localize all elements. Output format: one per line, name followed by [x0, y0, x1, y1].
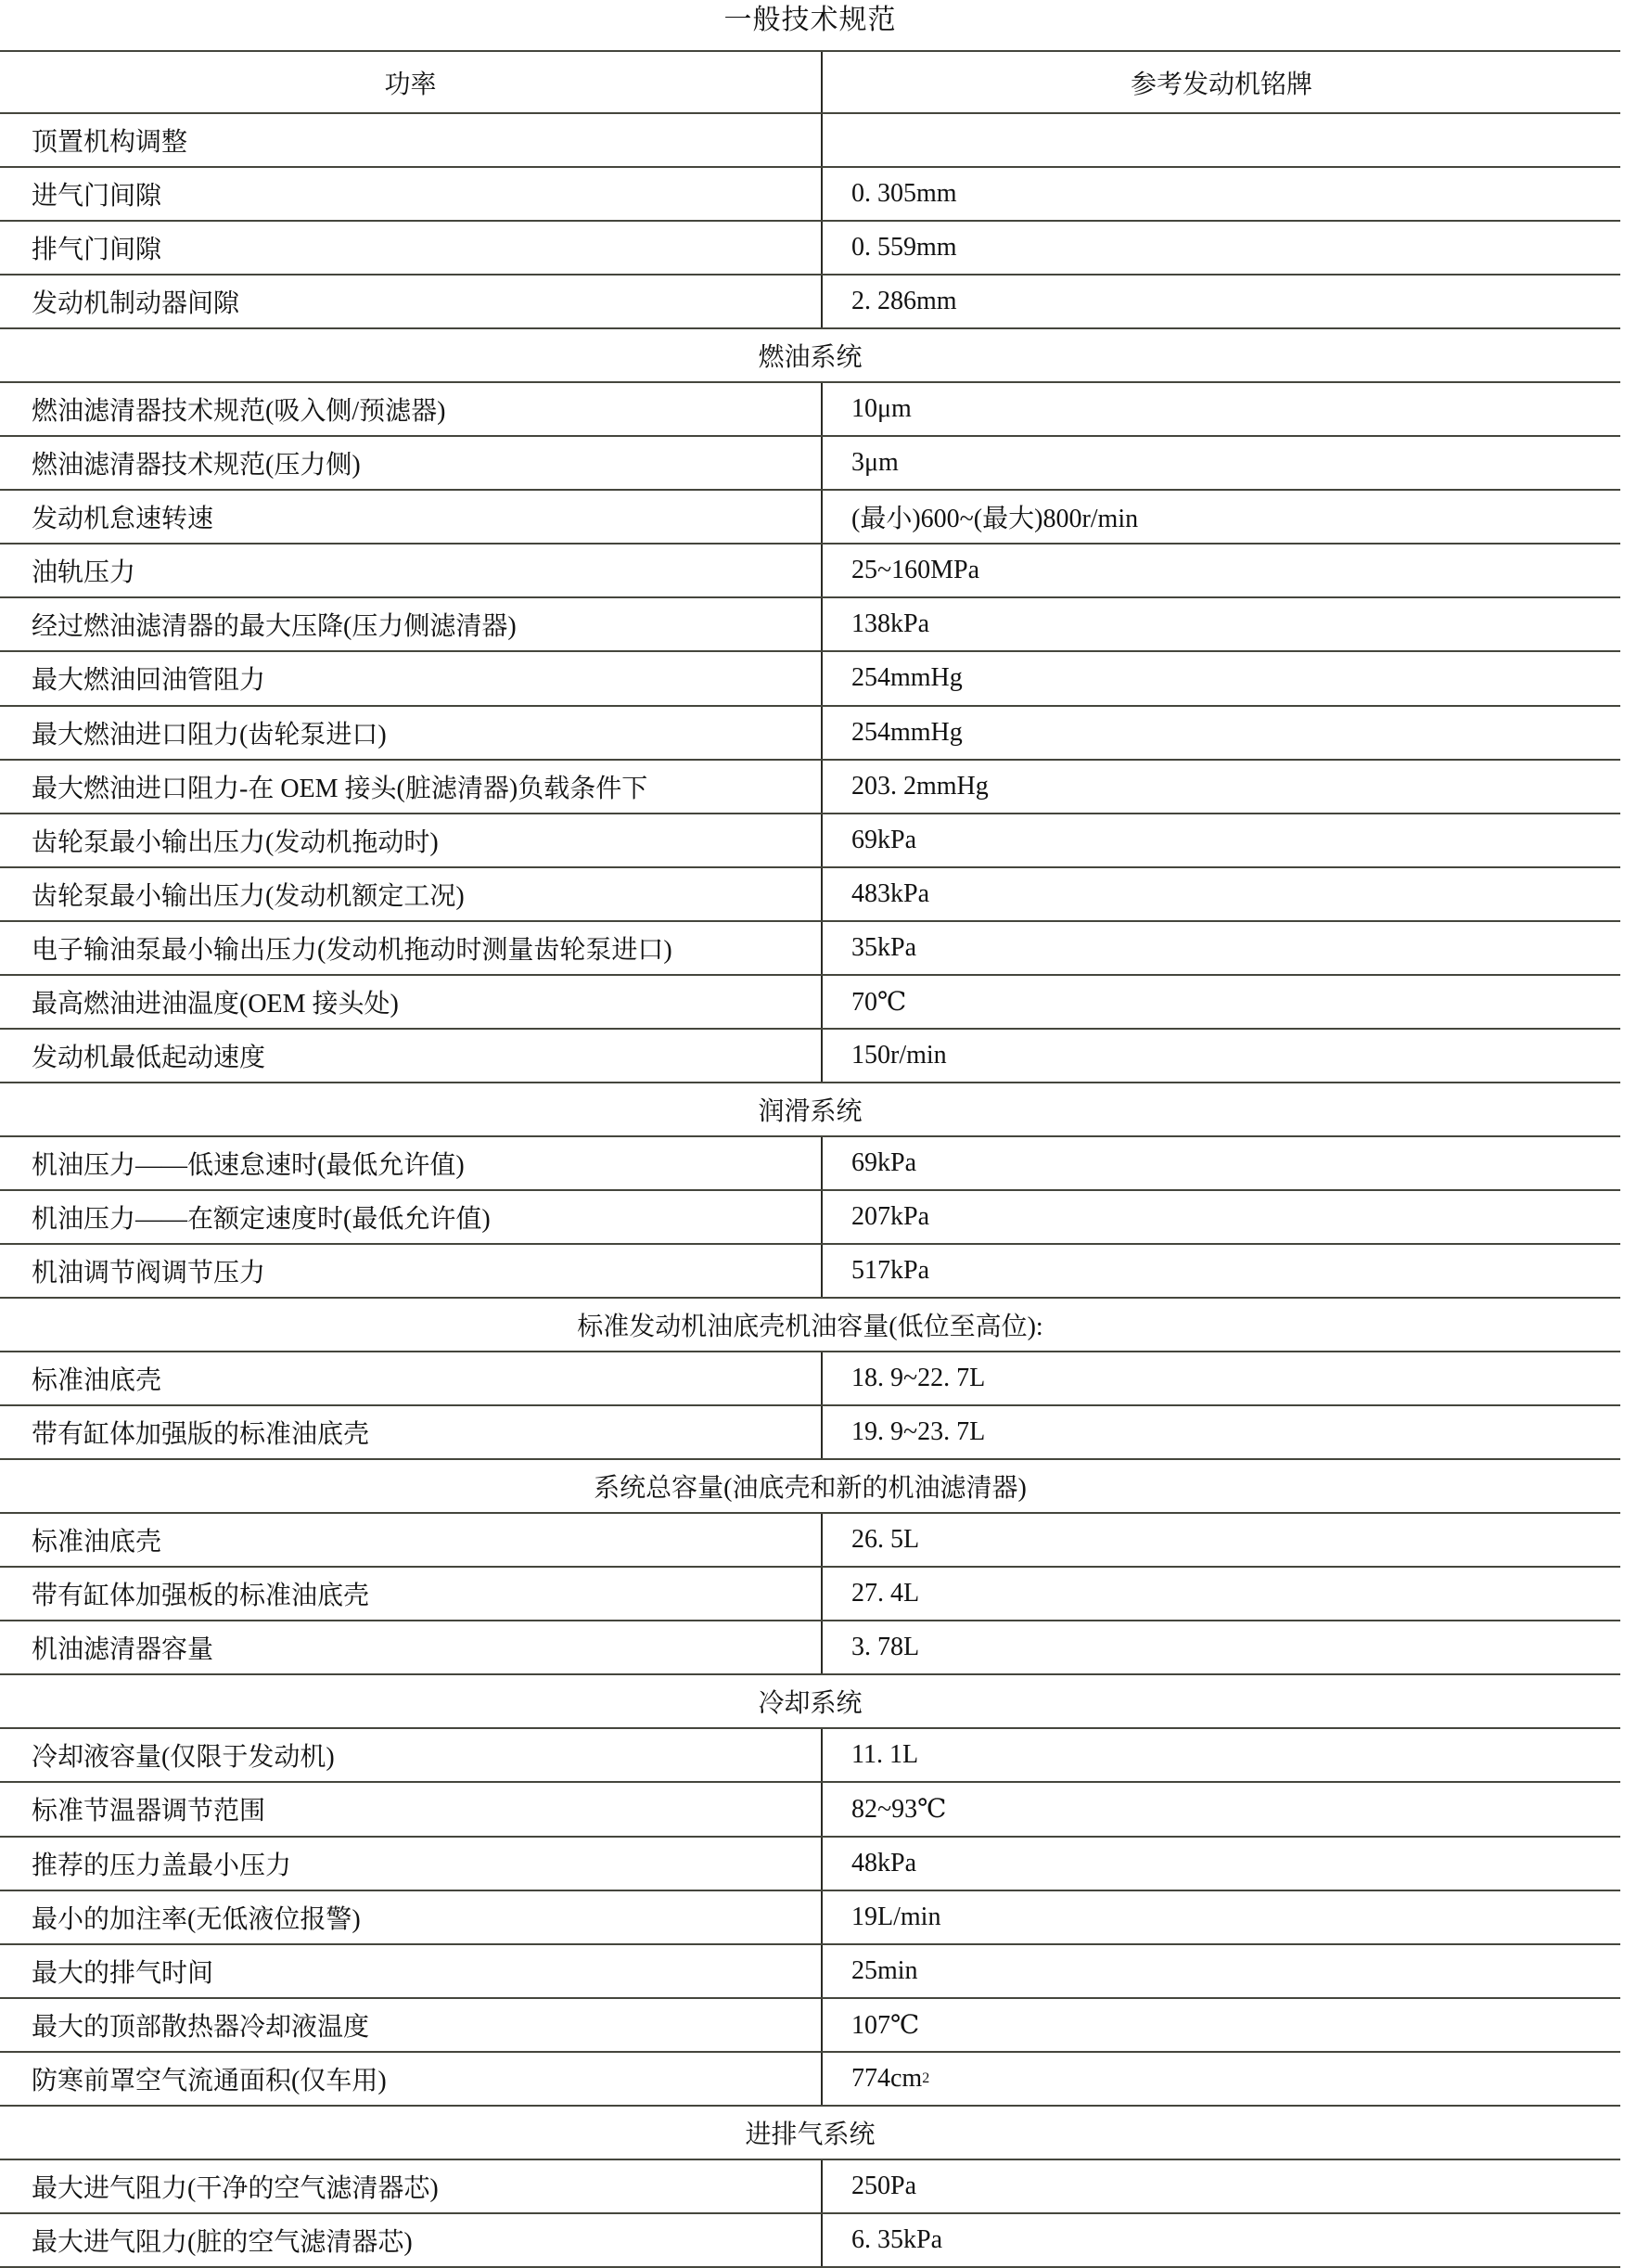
spec-label: 最大的顶部散热器冷却液温度: [0, 1999, 823, 2051]
spec-value-text: 69kPa: [851, 1148, 916, 1178]
spec-label: 带有缸体加强版的标准油底壳: [0, 1406, 823, 1458]
spec-label: 排气门间隙: [0, 222, 823, 274]
spec-value-text: 517kPa: [851, 1256, 929, 1286]
spec-value-text: 25min: [851, 1956, 918, 1986]
table-row: 机油压力——低速怠速时(最低允许值)69kPa: [0, 1137, 1620, 1191]
spec-value: 3μm: [823, 437, 1620, 489]
table-row: 带有缸体加强板的标准油底壳27. 4L: [0, 1568, 1620, 1621]
spec-label: 最高燃油进油温度(OEM 接头处): [0, 976, 823, 1028]
spec-value: 82~93℃: [823, 1783, 1620, 1835]
table-row: 经过燃油滤清器的最大压降(压力侧滤清器)138kPa: [0, 598, 1620, 652]
spec-value-text: 2. 286mm: [851, 287, 957, 316]
table-row: 推荐的压力盖最小压力48kPa: [0, 1838, 1620, 1891]
spec-value-text: 3. 78L: [851, 1633, 919, 1662]
spec-value: 254mmHg: [823, 652, 1620, 704]
spec-value: 150r/min: [823, 1030, 1620, 1082]
table-row: 顶置机构调整: [0, 114, 1620, 168]
section-header-row: 燃油系统: [0, 329, 1620, 383]
spec-label: 标准油底壳: [0, 1514, 823, 1566]
table-row: 最大燃油进口阻力(齿轮泵进口)254mmHg: [0, 707, 1620, 761]
spec-label: 油轨压力: [0, 545, 823, 596]
spec-value-text: 3μm: [851, 448, 899, 478]
spec-value-text: 203. 2mmHg: [851, 772, 989, 801]
column-header-function: 功率: [0, 52, 823, 112]
table-row: 标准油底壳18. 9~22. 7L: [0, 1352, 1620, 1406]
spec-label: 燃油滤清器技术规范(吸入侧/预滤器): [0, 383, 823, 435]
table-row: 齿轮泵最小输出压力(发动机拖动时)69kPa: [0, 814, 1620, 868]
section-title: 冷却系统: [0, 1675, 1620, 1727]
table-row: 机油压力——在额定速度时(最低允许值)207kPa: [0, 1191, 1620, 1245]
spec-value-text: 483kPa: [851, 879, 929, 909]
spec-value-text: 70℃: [851, 986, 906, 1018]
spec-label: 电子输油泵最小输出压力(发动机拖动时测量齿轮泵进口): [0, 922, 823, 974]
table-row: 带有缸体加强版的标准油底壳19. 9~23. 7L: [0, 1406, 1620, 1460]
table-row: 最大燃油进口阻力-在 OEM 接头(脏滤清器)负载条件下203. 2mmHg: [0, 761, 1620, 814]
spec-value-text: 254mmHg: [851, 663, 963, 693]
table-row: 最大进气阻力(干净的空气滤清器芯)250Pa: [0, 2160, 1620, 2214]
spec-value-text: 150r/min: [851, 1041, 947, 1070]
spec-value: 2. 286mm: [823, 275, 1620, 327]
spec-value-text: 82~93℃: [851, 1793, 946, 1825]
spec-value-text: 250Pa: [851, 2172, 916, 2201]
spec-value-text: 774cm: [851, 2064, 922, 2094]
spec-label: 防寒前罩空气流通面积(仅车用): [0, 2053, 823, 2105]
spec-label: 发动机最低起动速度: [0, 1030, 823, 1082]
spec-value: 250Pa: [823, 2160, 1620, 2212]
spec-value: 48kPa: [823, 1838, 1620, 1890]
table-row: 标准节温器调节范围82~93℃: [0, 1783, 1620, 1837]
spec-label: 标准油底壳: [0, 1352, 823, 1404]
spec-label: 顶置机构调整: [0, 114, 823, 166]
spec-value-text: 18. 9~22. 7L: [851, 1364, 985, 1393]
spec-value: 25~160MPa: [823, 545, 1620, 596]
spec-value-text: 11. 1L: [851, 1740, 918, 1770]
spec-label: 最大进气阻力(脏的空气滤清器芯): [0, 2214, 823, 2266]
spec-value-text: 35kPa: [851, 933, 916, 963]
section-title: 标准发动机油底壳机油容量(低位至高位):: [0, 1299, 1620, 1351]
table-row: 燃油滤清器技术规范(压力侧)3μm: [0, 437, 1620, 491]
spec-value: 27. 4L: [823, 1568, 1620, 1620]
spec-label: 最大进气阻力(干净的空气滤清器芯): [0, 2160, 823, 2212]
spec-label: 齿轮泵最小输出压力(发动机拖动时): [0, 814, 823, 866]
section-title: 燃油系统: [0, 329, 1620, 381]
spec-value: 18. 9~22. 7L: [823, 1352, 1620, 1404]
spec-label: 最大燃油进口阻力(齿轮泵进口): [0, 707, 823, 759]
table-row: 防寒前罩空气流通面积(仅车用)774cm2: [0, 2053, 1620, 2107]
table-row: 最大燃油回油管阻力254mmHg: [0, 652, 1620, 706]
table-row: 电子输油泵最小输出压力(发动机拖动时测量齿轮泵进口)35kPa: [0, 922, 1620, 976]
table-header-row: 功率 参考发动机铭牌: [0, 52, 1620, 114]
spec-label: 机油压力——低速怠速时(最低允许值): [0, 1137, 823, 1189]
spec-value: 254mmHg: [823, 707, 1620, 759]
section-header-row: 进排气系统: [0, 2107, 1620, 2160]
spec-label: 冷却液容量(仅限于发动机): [0, 1729, 823, 1781]
spec-value: (最小)600~(最大)800r/min: [823, 491, 1620, 543]
spec-value-text: 6. 35kPa: [851, 2225, 942, 2255]
spec-value: 207kPa: [823, 1191, 1620, 1243]
table-row: 机油调节阀调节压力517kPa: [0, 1245, 1620, 1299]
spec-value: 70℃: [823, 976, 1620, 1028]
spec-value: 0. 559mm: [823, 222, 1620, 274]
spec-label: 经过燃油滤清器的最大压降(压力侧滤清器): [0, 598, 823, 650]
spec-label: 最大燃油进口阻力-在 OEM 接头(脏滤清器)负载条件下: [0, 761, 823, 813]
spec-value: 517kPa: [823, 1245, 1620, 1297]
spec-value: 26. 5L: [823, 1514, 1620, 1566]
spec-value-text: 69kPa: [851, 826, 916, 855]
section-title: 进排气系统: [0, 2107, 1620, 2159]
table-row: 发动机制动器间隙2. 286mm: [0, 275, 1620, 329]
section-title: 系统总容量(油底壳和新的机油滤清器): [0, 1460, 1620, 1512]
spec-label: 带有缸体加强板的标准油底壳: [0, 1568, 823, 1620]
spec-value: 138kPa: [823, 598, 1620, 650]
section-header-row: 润滑系统: [0, 1083, 1620, 1137]
spec-value: 25min: [823, 1945, 1620, 1997]
table-row: 油轨压力25~160MPa: [0, 545, 1620, 598]
table-row: 排气门间隙0. 559mm: [0, 222, 1620, 275]
spec-label: 最小的加注率(无低液位报警): [0, 1891, 823, 1943]
spec-value-text: 254mmHg: [851, 718, 963, 748]
spec-label: 标准节温器调节范围: [0, 1783, 823, 1835]
spec-label: 机油调节阀调节压力: [0, 1245, 823, 1297]
table-row: 冷却液容量(仅限于发动机)11. 1L: [0, 1729, 1620, 1783]
spec-label: 机油压力——在额定速度时(最低允许值): [0, 1191, 823, 1243]
spec-value-text: 19L/min: [851, 1903, 940, 1932]
spec-value-text: 107℃: [851, 2009, 919, 2041]
spec-label: 发动机制动器间隙: [0, 275, 823, 327]
spec-value-text: 10μm: [851, 394, 912, 424]
spec-label: 发动机怠速转速: [0, 491, 823, 543]
spec-label: 推荐的压力盖最小压力: [0, 1838, 823, 1890]
table-row: 发动机最低起动速度150r/min: [0, 1030, 1620, 1083]
spec-value-text: (最小)600~(最大)800r/min: [851, 498, 1138, 535]
spec-label: 燃油滤清器技术规范(压力侧): [0, 437, 823, 489]
spec-value: 107℃: [823, 1999, 1620, 2051]
spec-value-text: 207kPa: [851, 1202, 929, 1232]
spec-value: 483kPa: [823, 868, 1620, 920]
spec-value: 35kPa: [823, 922, 1620, 974]
spec-value: 774cm2: [823, 2053, 1620, 2105]
spec-value-text: 25~160MPa: [851, 556, 979, 585]
spec-label: 机油滤清器容量: [0, 1621, 823, 1673]
spec-value: 19. 9~23. 7L: [823, 1406, 1620, 1458]
spec-value: 0. 305mm: [823, 168, 1620, 220]
table-row: 齿轮泵最小输出压力(发动机额定工况)483kPa: [0, 868, 1620, 922]
spec-table: 功率 参考发动机铭牌 顶置机构调整进气门间隙0. 305mm排气门间隙0. 55…: [0, 50, 1620, 2268]
spec-value-text: 0. 559mm: [851, 233, 957, 263]
table-row: 最大的排气时间25min: [0, 1945, 1620, 1999]
spec-value: 10μm: [823, 383, 1620, 435]
spec-value: 3. 78L: [823, 1621, 1620, 1673]
spec-label: 进气门间隙: [0, 168, 823, 220]
spec-value: [823, 114, 1620, 166]
spec-value-text: 48kPa: [851, 1849, 916, 1878]
table-row: 最大的顶部散热器冷却液温度107℃: [0, 1999, 1620, 2053]
table-body: 顶置机构调整进气门间隙0. 305mm排气门间隙0. 559mm发动机制动器间隙…: [0, 114, 1620, 2268]
table-row: 发动机怠速转速(最小)600~(最大)800r/min: [0, 491, 1620, 545]
spec-value: 69kPa: [823, 1137, 1620, 1189]
spec-label: 齿轮泵最小输出压力(发动机额定工况): [0, 868, 823, 920]
table-row: 机油滤清器容量3. 78L: [0, 1621, 1620, 1675]
spec-label: 最大的排气时间: [0, 1945, 823, 1997]
spec-value-text: 27. 4L: [851, 1579, 919, 1608]
spec-value: 11. 1L: [823, 1729, 1620, 1781]
section-header-row: 冷却系统: [0, 1675, 1620, 1729]
spec-value: 69kPa: [823, 814, 1620, 866]
section-header-row: 系统总容量(油底壳和新的机油滤清器): [0, 1460, 1620, 1514]
spec-value-text: 19. 9~23. 7L: [851, 1417, 985, 1447]
spec-label: 最大燃油回油管阻力: [0, 652, 823, 704]
table-row: 进气门间隙0. 305mm: [0, 168, 1620, 222]
table-row: 标准油底壳26. 5L: [0, 1514, 1620, 1568]
table-row: 燃油滤清器技术规范(吸入侧/预滤器)10μm: [0, 383, 1620, 437]
spec-value-text: 0. 305mm: [851, 179, 957, 209]
spec-value: 203. 2mmHg: [823, 761, 1620, 813]
spec-value-text: 138kPa: [851, 609, 929, 639]
table-row: 最大进气阻力(脏的空气滤清器芯)6. 35kPa: [0, 2214, 1620, 2268]
spec-value: 6. 35kPa: [823, 2214, 1620, 2266]
section-title: 润滑系统: [0, 1083, 1620, 1135]
table-row: 最高燃油进油温度(OEM 接头处)70℃: [0, 976, 1620, 1030]
section-header-row: 标准发动机油底壳机油容量(低位至高位):: [0, 1299, 1620, 1352]
table-title: 一般技术规范: [0, 0, 1620, 51]
spec-value-text: 26. 5L: [851, 1525, 919, 1555]
column-header-reference: 参考发动机铭牌: [823, 52, 1620, 112]
table-row: 最小的加注率(无低液位报警)19L/min: [0, 1891, 1620, 1945]
spec-value: 19L/min: [823, 1891, 1620, 1943]
